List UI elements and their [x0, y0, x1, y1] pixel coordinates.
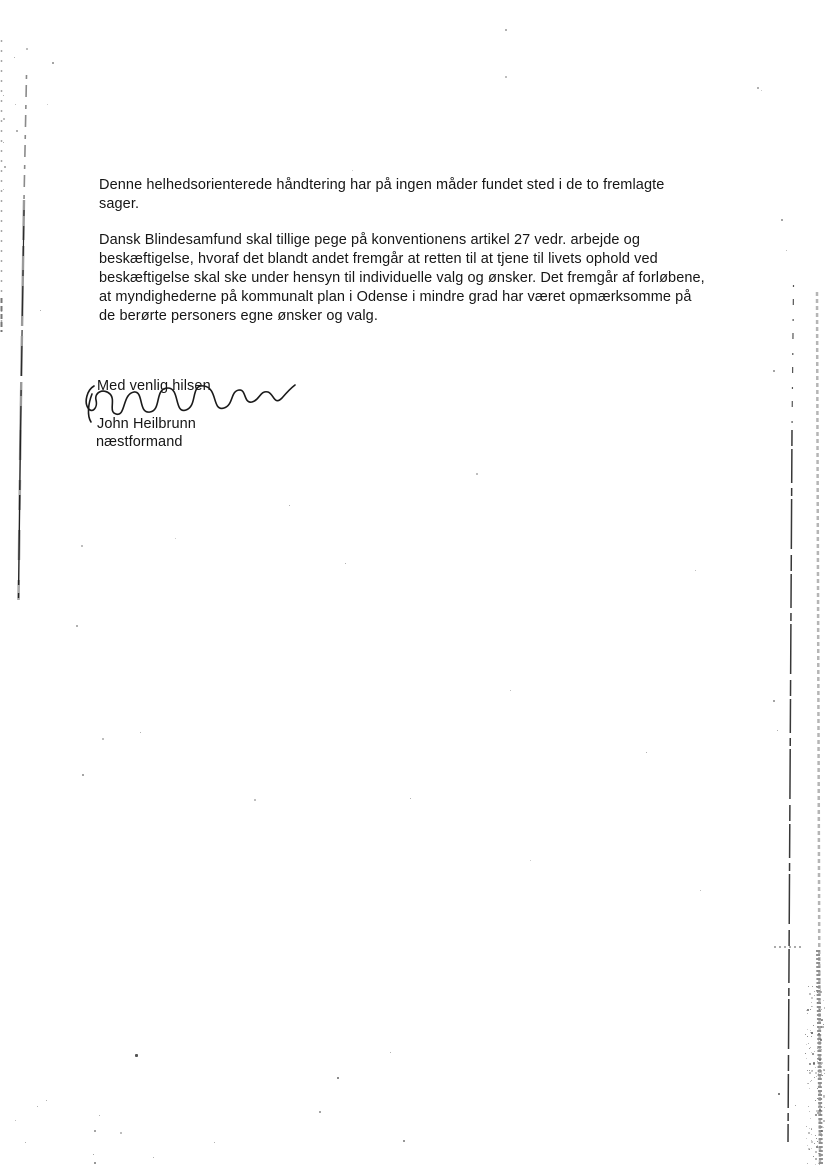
noise-speck [816, 1146, 818, 1148]
noise-speck [811, 1140, 812, 1141]
noise-speck [817, 992, 818, 993]
noise-speck [814, 1077, 815, 1078]
noise-speck [812, 1006, 813, 1007]
noise-speck [806, 1044, 807, 1045]
noise-speck [820, 1114, 821, 1115]
noise-speck [816, 990, 817, 991]
noise-speck [817, 1002, 818, 1003]
noise-speck [821, 1064, 822, 1065]
noise-speck [823, 1127, 824, 1128]
noise-speck [817, 1042, 818, 1043]
noise-speck [815, 1100, 816, 1101]
noise-speck [820, 1003, 821, 1004]
noise-speck [319, 1111, 321, 1113]
noise-speck [15, 1120, 16, 1121]
noise-speck [808, 1083, 809, 1084]
left-scan-line-bottom-halo [19, 430, 21, 600]
signatory-name: John Heilbrunn [97, 415, 196, 434]
noise-speck [817, 1058, 818, 1059]
right-scan-line-main [788, 430, 792, 1142]
noise-speck [46, 1100, 47, 1101]
noise-speck [700, 890, 701, 891]
noise-speck [102, 738, 104, 740]
noise-speck [120, 1132, 122, 1134]
noise-speck [814, 1051, 815, 1052]
noise-speck [815, 1135, 816, 1136]
noise-speck [99, 1115, 100, 1116]
noise-speck [816, 1076, 817, 1077]
noise-speck [807, 1163, 808, 1164]
noise-speck [153, 1157, 154, 1158]
noise-speck [811, 1032, 813, 1034]
noise-speck [821, 1130, 823, 1132]
noise-speck [817, 1145, 818, 1146]
noise-speck [3, 142, 4, 143]
right-scan-line-top [792, 285, 794, 430]
left-scan-line-top [24, 75, 27, 200]
noise-speck [821, 1073, 822, 1074]
noise-speck [815, 1067, 816, 1068]
paragraph-2: Dansk Blindesamfund skal tillige pege på… [99, 231, 705, 326]
noise-speck [805, 1053, 806, 1054]
noise-speck [820, 1039, 822, 1041]
noise-speck [3, 95, 4, 96]
noise-speck [821, 1133, 822, 1134]
noise-speck [822, 1026, 824, 1028]
noise-speck [817, 1019, 818, 1020]
noise-speck [819, 1135, 820, 1136]
noise-speck [3, 189, 4, 190]
noise-speck [817, 990, 818, 991]
noise-speck [505, 29, 507, 31]
noise-speck [695, 570, 696, 571]
noise-speck [818, 1163, 819, 1164]
noise-speck [821, 1009, 822, 1010]
noise-speck [815, 1158, 817, 1160]
noise-speck [817, 1088, 818, 1089]
noise-speck [815, 1114, 817, 1116]
noise-speck [823, 1024, 824, 1025]
noise-speck [820, 1143, 821, 1144]
noise-speck [3, 118, 5, 120]
noise-speck [807, 1029, 808, 1030]
noise-speck [93, 1154, 94, 1155]
noise-speck [82, 774, 84, 776]
text-line: at myndighederne på kommunalt plan i Ode… [99, 288, 705, 307]
noise-speck [40, 310, 41, 311]
noise-speck [646, 752, 647, 753]
noise-speck [773, 700, 775, 702]
noise-speck [819, 1153, 820, 1154]
noise-speck [818, 1057, 819, 1058]
left-scan-line-mid-gray [21, 200, 25, 430]
noise-speck [806, 1138, 807, 1139]
noise-speck [810, 1032, 811, 1033]
noise-speck [476, 473, 478, 475]
noise-speck [809, 993, 811, 995]
noise-speck [76, 625, 78, 627]
noise-speck [809, 1070, 810, 1071]
noise-speck [25, 1142, 26, 1143]
noise-speck [14, 57, 15, 58]
noise-speck [817, 1098, 818, 1099]
noise-speck [510, 690, 511, 691]
noise-speck [403, 1140, 405, 1142]
noise-speck [821, 1049, 822, 1050]
noise-speck [820, 989, 821, 990]
noise-speck [809, 1088, 810, 1089]
signature-stroke-tail [240, 385, 295, 402]
noise-speck [819, 1009, 820, 1010]
noise-speck [410, 798, 411, 799]
noise-speck [821, 1019, 823, 1021]
noise-speck [807, 1013, 808, 1014]
noise-speck [809, 1111, 810, 1112]
noise-speck [817, 1061, 818, 1062]
noise-speck [818, 1147, 819, 1148]
noise-speck [773, 370, 775, 372]
noise-speck [820, 991, 822, 993]
noise-speck [81, 545, 83, 547]
noise-speck [47, 104, 48, 105]
noise-speck [807, 1145, 808, 1146]
noise-speck [4, 166, 6, 168]
noise-speck [817, 1141, 818, 1142]
noise-speck [15, 104, 16, 105]
noise-speck [813, 1062, 815, 1064]
noise-speck [807, 1070, 808, 1071]
noise-speck [819, 1071, 820, 1072]
noise-speck [175, 538, 176, 539]
noise-speck [352, 170, 353, 171]
noise-speck [817, 1112, 819, 1114]
noise-speck [757, 87, 759, 89]
noise-speck [810, 1009, 811, 1010]
noise-speck [821, 1136, 822, 1137]
signature-stroke-flick [88, 394, 92, 422]
noise-speck [37, 1106, 38, 1107]
noise-speck [817, 1048, 818, 1049]
noise-speck [823, 1000, 824, 1001]
noise-speck [761, 90, 762, 91]
noise-speck [821, 1086, 822, 1087]
paragraph-1: Denne helhedsorienterede håndtering har … [99, 176, 664, 214]
text-line: beskæftigelse skal ske under hensyn til … [99, 269, 705, 288]
noise-speck [390, 1052, 391, 1053]
noise-speck [777, 730, 778, 731]
left-scan-line-bottom [19, 430, 21, 598]
noise-speck [811, 1141, 813, 1143]
noise-speck [821, 1062, 823, 1064]
noise-speck [811, 1129, 812, 1130]
noise-speck [814, 991, 815, 992]
noise-speck [345, 563, 346, 564]
noise-speck [812, 1053, 814, 1055]
noise-speck [781, 219, 783, 221]
noise-speck [808, 986, 809, 987]
noise-speck [819, 1109, 821, 1111]
noise-speck [819, 1164, 820, 1165]
noise-speck [815, 1072, 817, 1074]
noise-speck [809, 1072, 811, 1074]
noise-speck [816, 1110, 818, 1112]
closing-salutation: Med venlig hilsen [97, 377, 211, 396]
noise-speck [808, 1132, 810, 1134]
noise-speck [16, 130, 18, 132]
noise-speck [809, 1048, 810, 1049]
noise-speck [818, 1040, 819, 1041]
left-scan-line-mid-dark [21, 210, 25, 430]
scanned-letter-page: Denne helhedsorienterede håndtering har … [0, 0, 825, 1168]
noise-speck [819, 1065, 820, 1066]
noise-speck [795, 1105, 796, 1106]
noise-speck [808, 1043, 809, 1044]
noise-speck [337, 1077, 339, 1079]
noise-speck [810, 1047, 811, 1048]
noise-speck [811, 1036, 812, 1037]
noise-speck [94, 1162, 96, 1164]
noise-speck [811, 1002, 812, 1003]
noise-speck [809, 1149, 810, 1150]
noise-speck [819, 1026, 821, 1028]
noise-speck [94, 1130, 96, 1132]
noise-speck [807, 1036, 808, 1037]
noise-speck [808, 1106, 809, 1107]
noise-speck [806, 1010, 807, 1011]
noise-speck [811, 997, 813, 999]
noise-speck [813, 1025, 814, 1026]
text-line: sager. [99, 195, 664, 214]
noise-speck [786, 250, 787, 251]
noise-speck [810, 1030, 811, 1031]
noise-speck [214, 1142, 215, 1143]
noise-speck [818, 1033, 820, 1035]
noise-speck [135, 1054, 138, 1057]
noise-speck [52, 62, 54, 64]
text-line: Denne helhedsorienterede håndtering har … [99, 176, 664, 195]
noise-speck [809, 1063, 811, 1065]
noise-speck [815, 1164, 816, 1165]
text-line: Dansk Blindesamfund skal tillige pege på… [99, 231, 705, 250]
noise-speck [810, 1118, 811, 1119]
noise-speck [815, 1151, 817, 1153]
noise-speck [811, 1148, 812, 1149]
noise-speck [807, 1009, 809, 1011]
noise-speck [812, 1070, 813, 1071]
noise-speck [812, 986, 813, 987]
noise-speck [289, 505, 290, 506]
text-line: de berørte personers egne ønsker og valg… [99, 307, 705, 326]
noise-speck [816, 986, 817, 987]
noise-speck [505, 76, 507, 78]
noise-speck [140, 732, 141, 733]
noise-speck [806, 1058, 807, 1059]
noise-speck [778, 1093, 780, 1095]
noise-speck [805, 1034, 806, 1035]
noise-speck [819, 1021, 820, 1022]
noise-speck [254, 799, 256, 801]
noise-speck [814, 1143, 815, 1144]
noise-speck [813, 1156, 814, 1157]
text-line: beskæftigelse, hvoraf det blandt andet f… [99, 250, 705, 269]
noise-speck [814, 995, 815, 996]
noise-speck [810, 1081, 811, 1082]
noise-speck [811, 1134, 812, 1135]
noise-speck [822, 1075, 823, 1076]
noise-speck [530, 860, 531, 861]
noise-speck [806, 1126, 807, 1127]
noise-speck [809, 1128, 810, 1129]
signatory-title: næstformand [96, 433, 183, 452]
noise-speck [26, 48, 28, 50]
noise-speck [816, 1138, 817, 1139]
noise-speck [811, 1080, 812, 1081]
noise-speck [819, 1059, 821, 1061]
noise-speck [818, 1073, 819, 1074]
noise-speck [819, 1031, 820, 1032]
